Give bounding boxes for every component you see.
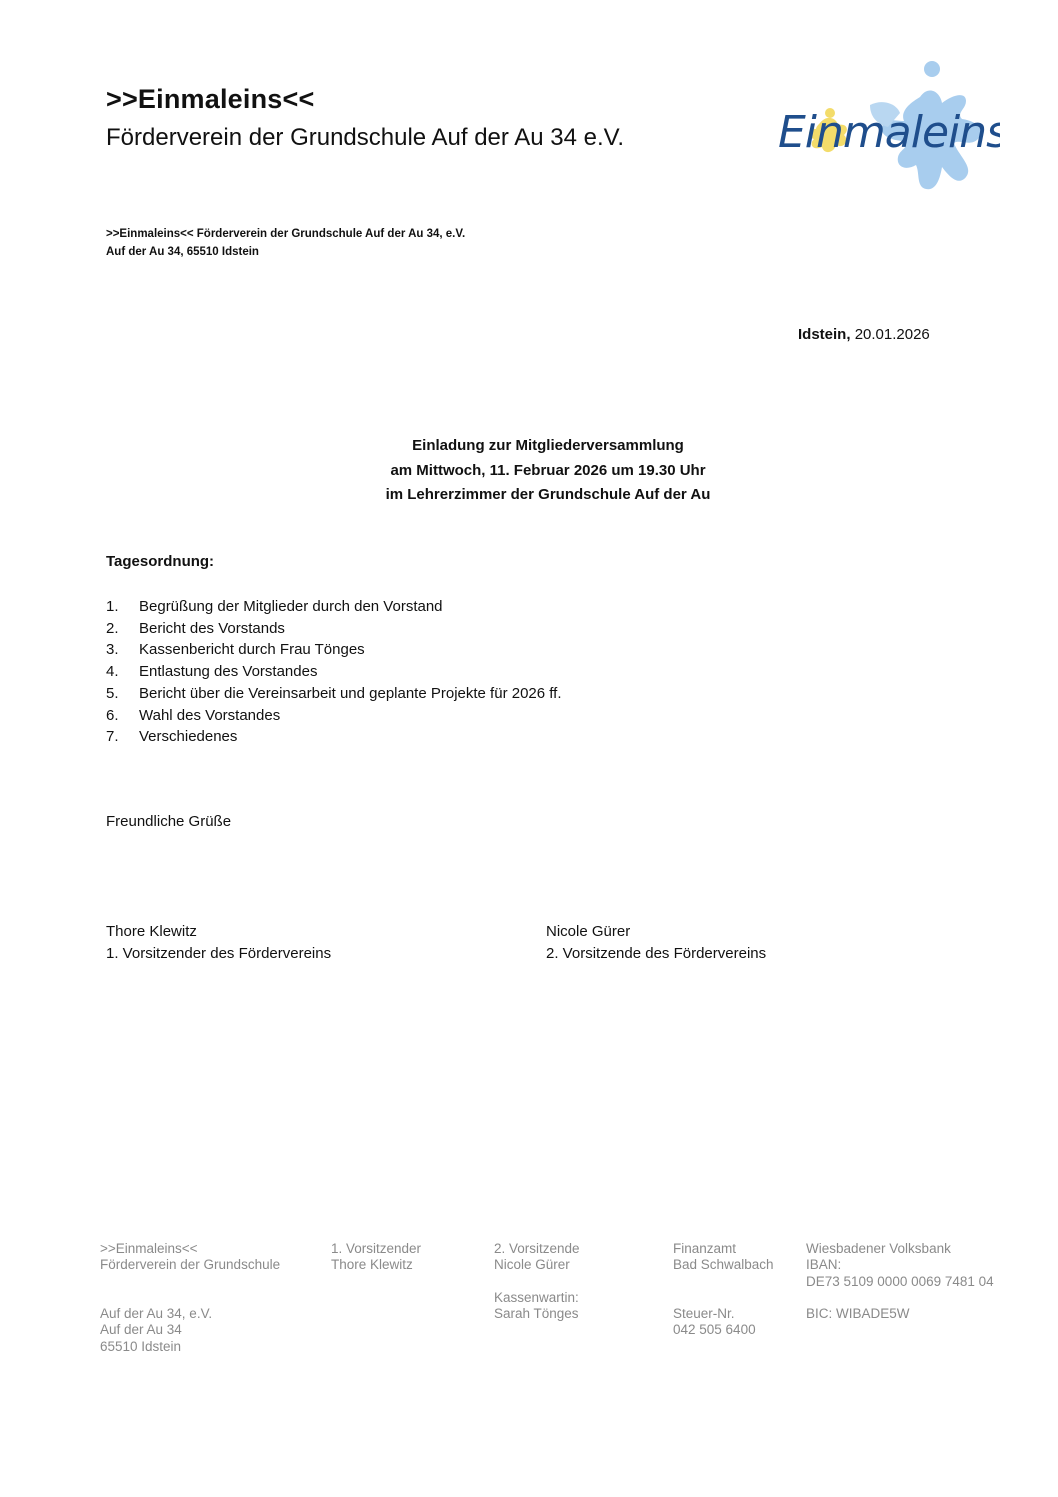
einmaleins-logo: Einmaleins (770, 55, 1000, 200)
footer-treasurer: Kassenwartin: Sarah Tönges (494, 1290, 579, 1323)
signature-role: 1. Vorsitzender des Fördervereins (106, 943, 331, 965)
date-value: 20.01.2026 (855, 326, 930, 343)
sender-line-1: >>Einmaleins<< Förderverein der Grundsch… (106, 225, 465, 243)
footer-address: Auf der Au 34, e.V. Auf der Au 34 65510 … (100, 1306, 212, 1355)
sender-line-2: Auf der Au 34, 65510 Idstein (106, 243, 465, 261)
agenda-item: 3.Kassenbericht durch Frau Tönges (106, 639, 562, 661)
invitation-line-1: Einladung zur Mitgliederversammlung (300, 434, 796, 459)
agenda-heading: Tagesordnung: (106, 553, 214, 570)
footer-tax-office: Finanzamt Bad Schwalbach (673, 1241, 774, 1274)
agenda-item: 6.Wahl des Vorstandes (106, 705, 562, 727)
footer-bic: BIC: WIBADE5W (806, 1306, 910, 1322)
letterhead-title: >>Einmaleins<< (106, 84, 314, 115)
letterhead-subtitle: Förderverein der Grundschule Auf der Au … (106, 124, 624, 152)
signature-1: Thore Klewitz 1. Vorsitzender des Förder… (106, 921, 331, 964)
signature-name: Nicole Gürer (546, 921, 766, 943)
agenda-item: 7.Verschiedenes (106, 726, 562, 748)
agenda-list: 1.Begrüßung der Mitglieder durch den Vor… (106, 596, 562, 748)
footer-bank: Wiesbadener Volksbank IBAN: DE73 5109 00… (806, 1241, 994, 1290)
invitation-line-3: im Lehrerzimmer der Grundschule Auf der … (300, 483, 796, 508)
footer-chair-1: 1. Vorsitzender Thore Klewitz (331, 1241, 421, 1274)
date-place: Idstein, (798, 326, 851, 343)
closing-greeting: Freundliche Grüße (106, 813, 231, 830)
signature-role: 2. Vorsitzende des Fördervereins (546, 943, 766, 965)
footer-tax-number: Steuer-Nr. 042 505 6400 (673, 1306, 756, 1339)
svg-text:Einmaleins: Einmaleins (778, 107, 1000, 158)
signature-2: Nicole Gürer 2. Vorsitzende des Förderve… (546, 921, 766, 964)
splash-logo-icon: Einmaleins (770, 55, 1000, 200)
agenda-item: 5.Bericht über die Vereinsarbeit und gep… (106, 683, 562, 705)
invitation-line-2: am Mittwoch, 11. Februar 2026 um 19.30 U… (300, 459, 796, 484)
date-line: Idstein, 20.01.2026 (798, 326, 930, 343)
signature-name: Thore Klewitz (106, 921, 331, 943)
invitation-heading: Einladung zur Mitgliederversammlung am M… (300, 434, 796, 508)
agenda-item: 1.Begrüßung der Mitglieder durch den Vor… (106, 596, 562, 618)
sender-address-line: >>Einmaleins<< Förderverein der Grundsch… (106, 225, 465, 261)
agenda-item: 4.Entlastung des Vorstandes (106, 661, 562, 683)
agenda-item: 2.Bericht des Vorstands (106, 618, 562, 640)
footer-org: >>Einmaleins<< Förderverein der Grundsch… (100, 1241, 280, 1274)
footer-chair-2: 2. Vorsitzende Nicole Gürer (494, 1241, 580, 1274)
